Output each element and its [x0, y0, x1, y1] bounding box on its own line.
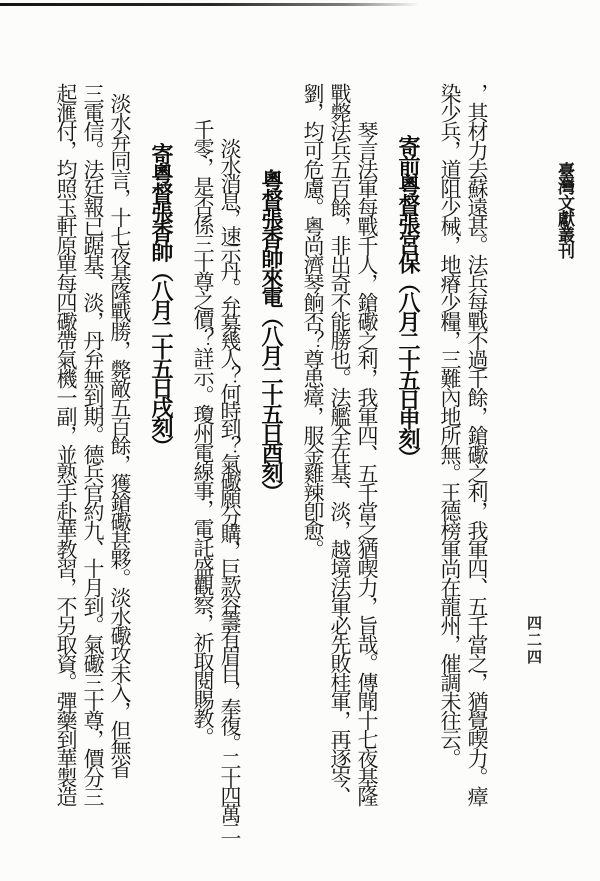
scan-artifact-line: [0, 3, 420, 6]
section-title: 寄粵督張香帥（八月二十五日戌刻）: [146, 83, 176, 875]
text-column: 戰斃法兵五百餘，非出奇不能勝也。法艦全在基、淡，越境法軍必先敗桂軍，再逐岑、: [326, 83, 353, 875]
section-title: 寄前粵督張宮保（八月二十五日申刻）: [393, 83, 423, 875]
text-column: 劉，均可危慮。粵尚濟琴餉否？尊患瘴，服金雞辣卽愈。: [299, 83, 326, 875]
section-title: 粵督張香帥來電（八月二十五日酉刻）: [256, 83, 286, 875]
scanned-book-page: 臺灣文獻叢刊 ，其材力去蘇遠甚。法兵每戰不過千餘，鎗礮之利，我軍四、五千當之，猶…: [0, 0, 600, 881]
text-column: 淡水弁同言，十七夜基隆戰勝，斃敵五百餘，獲鎗礮甚夥。淡水礮攻未入，但無省: [106, 83, 133, 875]
text-column: 千零，是否係三十尊之價？詳示。瓊州電線事，電託盛觀察，祈取閱賜教。: [189, 83, 216, 875]
text-area: ，其材力去蘇遠甚。法兵每戰不過千餘，鎗礮之利，我軍四、五千當之，猶覺喫力。瘴染少…: [44, 83, 490, 875]
running-head: 臺灣文獻叢刊: [552, 162, 577, 258]
text-column: 三電信。法廷報已踞基、淡，丹弁無到期。德兵官約九、十月到。氣礮三十尊，價分三: [79, 83, 106, 875]
page-number: 四二四: [523, 615, 544, 666]
text-column: ，其材力去蘇遠甚。法兵每戰不過千餘，鎗礮之利，我軍四、五千當之，猶覺喫力。瘴: [463, 83, 490, 875]
text-column: 琴言法軍每戰千人，鎗礮之利，我軍四、五千當之猶喫力，旨哉。傳聞十七夜基隆: [353, 83, 380, 875]
text-column: 染少兵，道阻少械，地瘠少糧，三難內地所無。王德榜軍尚在龍州，催調未往云。: [436, 83, 463, 875]
text-column: 起滙付，均照玉軒原單每四礮帶氣機一副，並熟手赴華教習，不另取資。彈藥到華製造: [52, 83, 79, 875]
text-column: 淡水消息，速示丹。弁募幾人？何時到？氣礮願分購，巨款容籌有眉目，奉復。二十四萬二: [216, 83, 243, 875]
